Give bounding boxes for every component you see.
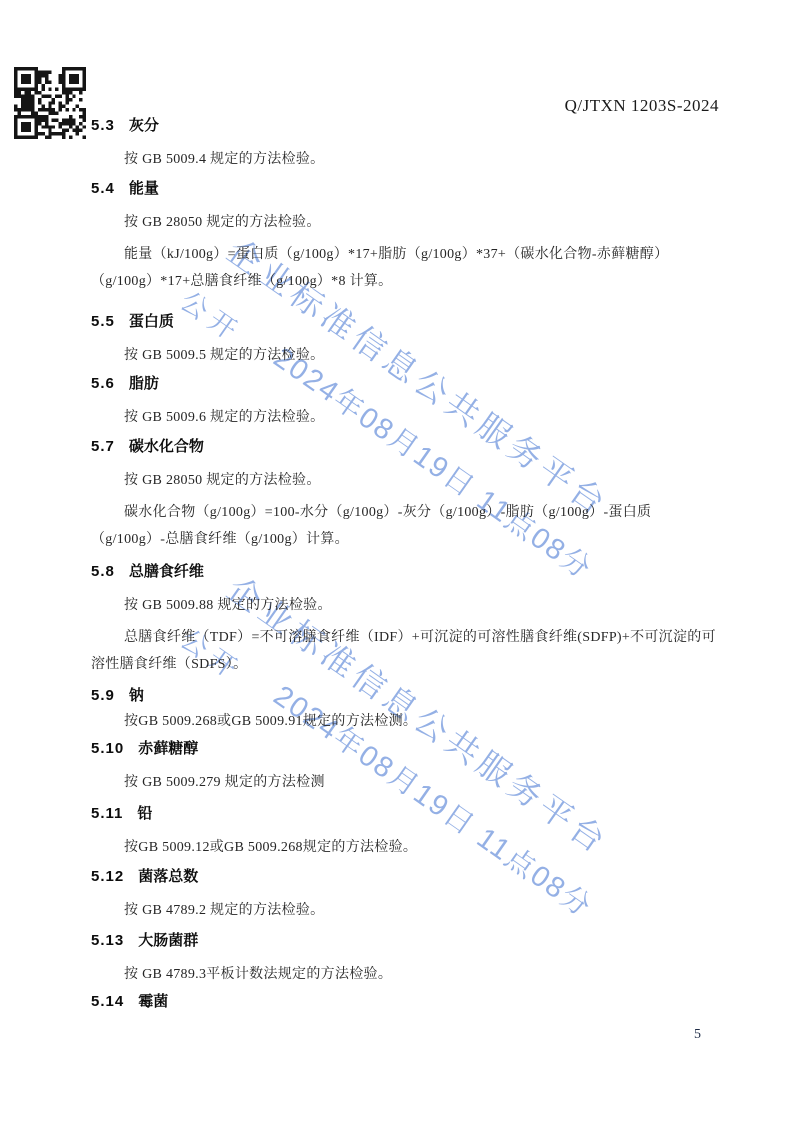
section-5-3: 5.3灰分 按 GB 5009.4 规定的方法检验。 xyxy=(91,116,719,173)
section-heading: 5.8总膳食纤维 xyxy=(91,562,719,582)
section-5-13: 5.13大肠菌群 按 GB 4789.3平板计数法规定的方法检验。 xyxy=(91,931,719,988)
section-paragraph: 按 GB 28050 规定的方法检验。 xyxy=(91,467,719,494)
section-heading: 5.9钠 xyxy=(91,686,719,706)
section-title: 碳水化合物 xyxy=(129,438,204,455)
section-paragraph: 按 GB 28050 规定的方法检验。 xyxy=(91,209,719,236)
section-paragraph: 按 GB 5009.279 规定的方法检测 xyxy=(91,769,719,796)
section-heading: 5.11铅 xyxy=(91,804,719,824)
page-number: 5 xyxy=(694,1027,701,1043)
section-5-10: 5.10赤藓糖醇 按 GB 5009.279 规定的方法检测 xyxy=(91,739,719,796)
section-paragraph: 按 GB 4789.2 规定的方法检验。 xyxy=(91,897,719,924)
section-title: 脂肪 xyxy=(129,375,159,392)
section-number: 5.11 xyxy=(91,804,123,824)
section-paragraph: 按 GB 4789.3平板计数法规定的方法检验。 xyxy=(91,961,719,988)
section-heading: 5.6脂肪 xyxy=(91,374,719,394)
section-5-4: 5.4能量 按 GB 28050 规定的方法检验。 能量（kJ/100g）=蛋白… xyxy=(91,179,719,295)
section-number: 5.6 xyxy=(91,374,115,394)
section-5-7: 5.7碳水化合物 按 GB 28050 规定的方法检验。 碳水化合物（g/100… xyxy=(91,437,719,553)
section-paragraph: 按GB 5009.12或GB 5009.268规定的方法检验。 xyxy=(91,834,719,861)
section-title: 大肠菌群 xyxy=(138,932,198,949)
section-5-8: 5.8总膳食纤维 按 GB 5009.88 规定的方法检验。 总膳食纤维（TDF… xyxy=(91,562,719,678)
section-title: 蛋白质 xyxy=(129,313,174,330)
section-number: 5.13 xyxy=(91,931,124,951)
section-number: 5.9 xyxy=(91,686,115,706)
section-number: 5.14 xyxy=(91,992,124,1012)
section-title: 赤藓糖醇 xyxy=(138,740,198,757)
section-title: 灰分 xyxy=(129,117,159,134)
document-page: Q/JTXN 1203S-2024 企业标准信息公共服务平台 公开 2024年0… xyxy=(0,0,794,1123)
section-number: 5.5 xyxy=(91,312,115,332)
section-heading: 5.10赤藓糖醇 xyxy=(91,739,719,759)
section-paragraph: 按 GB 5009.4 规定的方法检验。 xyxy=(91,146,719,173)
section-title: 霉菌 xyxy=(138,993,168,1010)
section-title: 总膳食纤维 xyxy=(129,563,204,580)
section-number: 5.8 xyxy=(91,562,115,582)
section-5-14: 5.14霉菌 xyxy=(91,992,719,1012)
section-5-6: 5.6脂肪 按 GB 5009.6 规定的方法检验。 xyxy=(91,374,719,431)
section-formula: 总膳食纤维（TDF）=不可溶膳食纤维（IDF）+可沉淀的可溶性膳食纤维(SDFP… xyxy=(91,624,719,678)
section-5-11: 5.11铅 按GB 5009.12或GB 5009.268规定的方法检验。 xyxy=(91,804,719,861)
section-heading: 5.13大肠菌群 xyxy=(91,931,719,951)
section-heading: 5.7碳水化合物 xyxy=(91,437,719,457)
section-number: 5.3 xyxy=(91,116,115,136)
section-paragraph: 按GB 5009.268或GB 5009.91规定的方法检测。 xyxy=(91,708,719,735)
section-heading: 5.3灰分 xyxy=(91,116,719,136)
section-title: 菌落总数 xyxy=(138,868,198,885)
section-number: 5.10 xyxy=(91,739,124,759)
section-paragraph: 按 GB 5009.88 规定的方法检验。 xyxy=(91,592,719,619)
section-5-5: 5.5蛋白质 按 GB 5009.5 规定的方法检验。 xyxy=(91,312,719,369)
section-title: 能量 xyxy=(129,180,159,197)
qr-code-icon xyxy=(14,67,86,139)
section-5-12: 5.12菌落总数 按 GB 4789.2 规定的方法检验。 xyxy=(91,867,719,924)
section-number: 5.7 xyxy=(91,437,115,457)
section-formula: 能量（kJ/100g）=蛋白质（g/100g）*17+脂肪（g/100g）*37… xyxy=(91,241,719,295)
section-formula: 碳水化合物（g/100g）=100-水分（g/100g）-灰分（g/100g）-… xyxy=(91,499,719,553)
document-code: Q/JTXN 1203S-2024 xyxy=(565,96,719,116)
section-paragraph: 按 GB 5009.5 规定的方法检验。 xyxy=(91,342,719,369)
section-title: 铅 xyxy=(137,805,152,822)
section-heading: 5.4能量 xyxy=(91,179,719,199)
section-paragraph: 按 GB 5009.6 规定的方法检验。 xyxy=(91,404,719,431)
section-number: 5.4 xyxy=(91,179,115,199)
section-number: 5.12 xyxy=(91,867,124,887)
section-heading: 5.12菌落总数 xyxy=(91,867,719,887)
section-5-9: 5.9钠 按GB 5009.268或GB 5009.91规定的方法检测。 xyxy=(91,686,719,735)
section-heading: 5.5蛋白质 xyxy=(91,312,719,332)
section-title: 钠 xyxy=(129,687,144,704)
section-heading: 5.14霉菌 xyxy=(91,992,719,1012)
